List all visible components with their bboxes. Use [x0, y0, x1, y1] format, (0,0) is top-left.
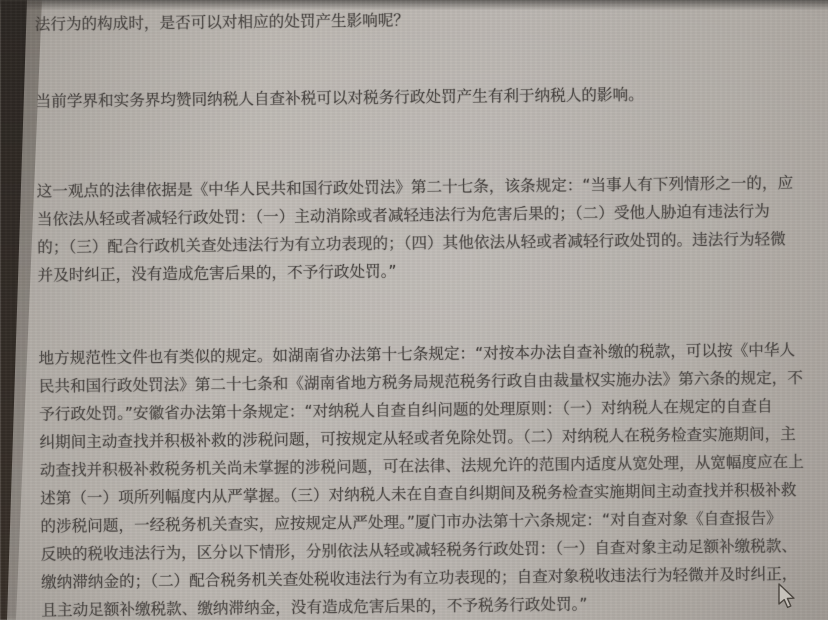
photo-top-shadow — [0, 0, 828, 10]
paragraph: 这一观点的法律依据是《中华人民共和国行政处罚法》第二十七条，该条规定：“当事人有… — [36, 169, 821, 290]
screen-photo: 法行为的构成时，是否可以对相应的处罚产生影响呢？ 当前学界和实务界均赞同纳税人自… — [0, 0, 828, 620]
mouse-cursor-icon — [776, 583, 798, 613]
text-line: 当前学界和实务界均赞同纳税人自查补税可以对税务行政处罚产生有利于纳税人的影响。 — [35, 79, 819, 116]
document-text-area: 法行为的构成时，是否可以对相应的处罚产生影响呢？ 当前学界和实务界均赞同纳税人自… — [35, 0, 826, 620]
paragraph: 地方规范性文件也有类似的规定。如湖南省办法第十七条规定：“对按本办法自查补缴的税… — [38, 336, 825, 620]
paragraph: 当前学界和实务界均赞同纳税人自查补税可以对税务行政处罚产生有利于纳税人的影响。 — [35, 79, 819, 116]
